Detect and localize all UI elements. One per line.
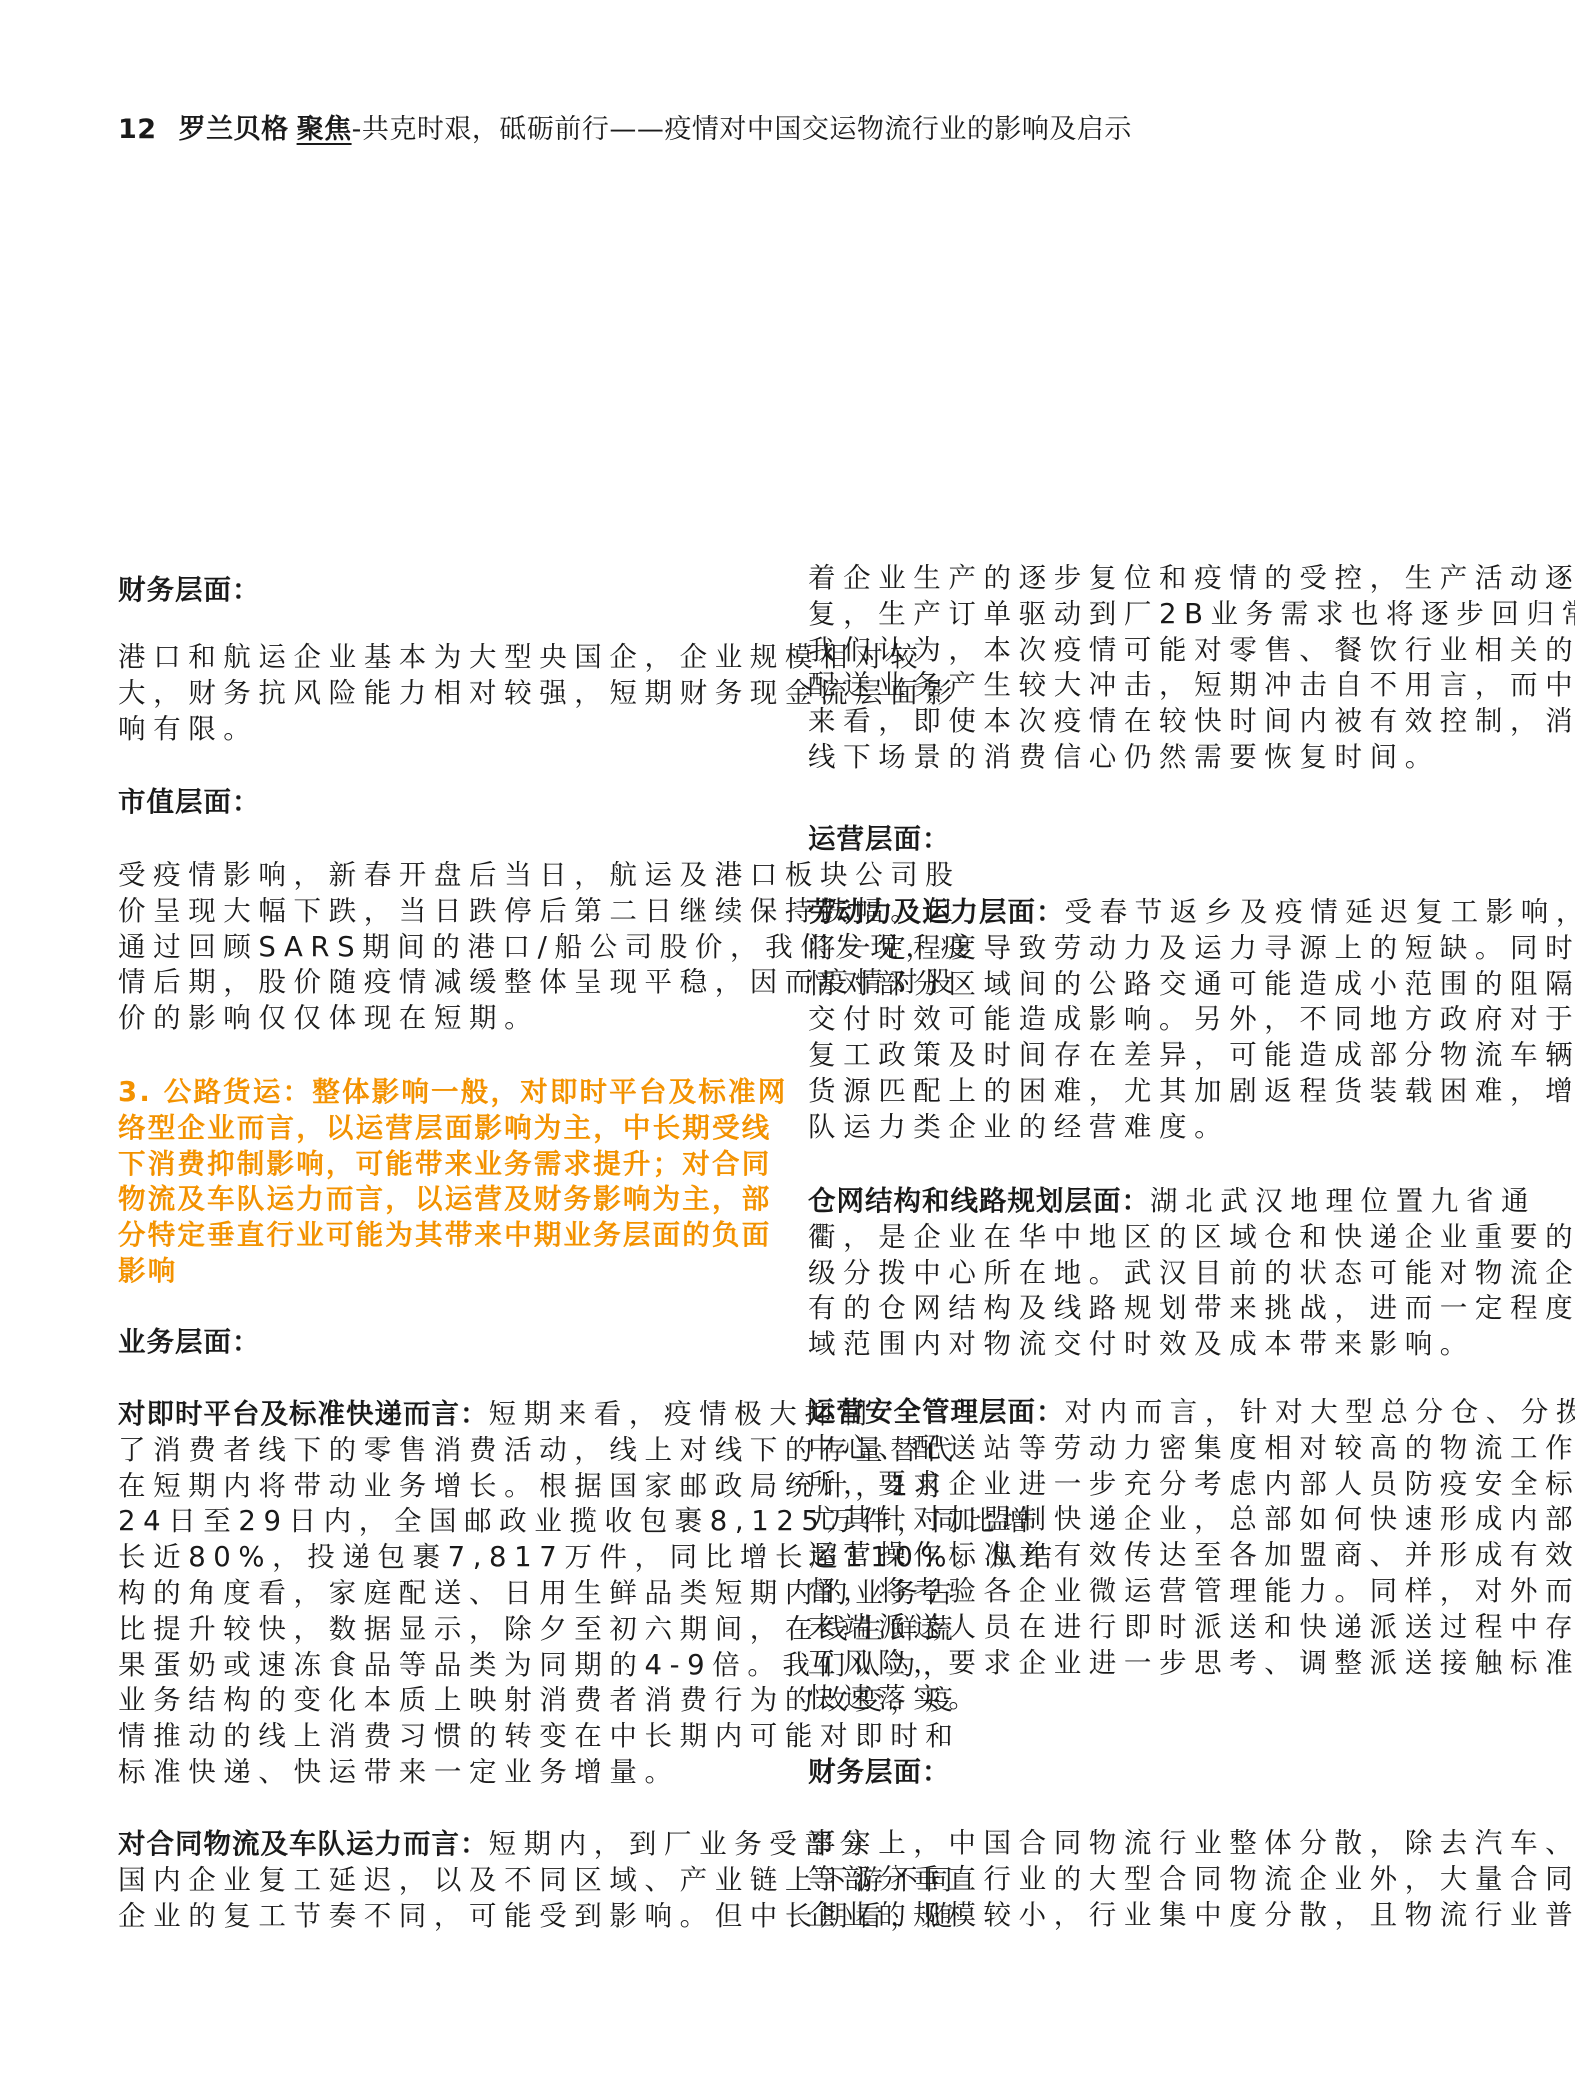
text-line: 3. 公路货运：整体影响一般，对即时平台及标准网 [118, 1075, 778, 1111]
text-line: 货源匹配上的困难，尤其加剧返程货装载困难，增加车 [808, 1074, 1468, 1110]
text-line: 来看，即使本次疫情在较快时间内被有效控制，消费者 [808, 704, 1468, 740]
text-line: 情后期，股价随疫情减缓整体呈现平稳，因而疫情对股 [118, 965, 778, 1001]
text-line: 在短期内将带动业务增长。根据国家邮政局统计，1月 [118, 1469, 778, 1505]
finance-paragraph-right: 事实上，中国合同物流行业整体分散，除去汽车、家电 等部分垂直行业的大型合同物流企… [808, 1826, 1468, 1933]
text-line: 事实上，中国合同物流行业整体分散，除去汽车、家电 [808, 1826, 1468, 1862]
contract-lead: 对合同物流及车队运力而言： [118, 1828, 489, 1860]
finance-heading-right: 财务层面： [808, 1755, 1468, 1791]
instant-lead: 对即时平台及标准快递而言： [118, 1398, 489, 1430]
text-line: 快速落实。 [808, 1681, 1468, 1717]
text-line: 通过回顾SARS期间的港口/船公司股价，我们发现，疫 [118, 930, 778, 966]
text-line: 物流及车队运力而言，以运营及财务影响为主，部 [118, 1182, 778, 1218]
text-line: 末端派送人员在进行即时派送和快递派送过程中存在交 [808, 1610, 1468, 1646]
series-name: 聚焦 [297, 114, 352, 145]
continued-paragraph: 着企业生产的逐步复位和疫情的受控，生产活动逐步恢 复，生产订单驱动到厂2B业务需… [808, 561, 1468, 776]
text-line: 着企业生产的逐步复位和疫情的受控，生产活动逐步恢 [808, 561, 1468, 597]
text-line: 大，财务抗风险能力相对较强，短期财务现金流层面影 [118, 676, 778, 712]
text-line: 业务结构的变化本质上映射消费者消费行为的改变，疫 [118, 1683, 778, 1719]
network-lead: 仓网结构和线路规划层面： [808, 1185, 1150, 1217]
text-line: 配送业务产生较大冲击，短期冲击自不用言，而中长期 [808, 668, 1468, 704]
text-line: 络型企业而言，以运营层面影响为主，中长期受线 [118, 1111, 778, 1147]
labor-lead: 劳动力及运力层面： [808, 896, 1065, 928]
text-line: 标准快递、快运带来一定业务增量。 [118, 1755, 778, 1791]
text-line: 我们认为，本次疫情可能对零售、餐饮行业相关的到店 [808, 633, 1468, 669]
labor-paragraph: 劳动力及运力层面：受春节返乡及疫情延迟复工影响， 将一定程度导致劳动力及运力寻源… [808, 895, 1468, 1146]
text-line: 复，生产订单驱动到厂2B业务需求也将逐步回归常态。 [808, 597, 1468, 633]
text-line: 有的仓网结构及线路规划带来挑战，进而一定程度在区 [808, 1291, 1468, 1327]
text-line: 下消费抑制影响，可能带来业务需求提升；对合同 [118, 1147, 778, 1183]
page-number: 12 [118, 114, 157, 145]
business-heading: 业务层面： [118, 1325, 778, 1361]
market-paragraph: 受疫情影响，新春开盘后当日，航运及港口板块公司股 价呈现大幅下跌，当日跌停后第二… [118, 858, 778, 1037]
text-line: 中心、配送站等劳动力密集度相对较高的物流工作场 [808, 1431, 1468, 1467]
text-line: 受疫情影响，新春开盘后当日，航运及港口板块公司股 [118, 858, 778, 894]
text-line: 运营安全管理层面：对内而言，针对大型总分仓、分拨 [808, 1395, 1468, 1431]
text-line: 国内企业复工延迟，以及不同区域、产业链上下游不同 [118, 1863, 778, 1899]
text-line: 所，要求企业进一步充分考虑内部人员防疫安全标准， [808, 1467, 1468, 1503]
text-line: 互风险，要求企业进一步思考、调整派送接触标准，并 [808, 1646, 1468, 1682]
text-line: 对合同物流及车队运力而言：短期内，到厂业务受部分 [118, 1827, 778, 1863]
text-line: 影响 [118, 1254, 778, 1290]
text-line: 企业的复工节奏不同，可能受到影响。但中长期看，随 [118, 1899, 778, 1935]
text-line: 复工政策及时间存在差异，可能造成部分物流车辆双向 [808, 1038, 1468, 1074]
text-line: 交付时效可能造成影响。另外，不同地方政府对于当地 [808, 1002, 1468, 1038]
market-heading: 市值层面： [118, 785, 778, 821]
text-line: 线下场景的消费信心仍然需要恢复时间。 [808, 740, 1468, 776]
text-line: 运营操作标准并有效传达至各加盟商、并形成有效监 [808, 1538, 1468, 1574]
text-line: 衢，是企业在华中地区的区域仓和快递企业重要的高能 [808, 1220, 1468, 1256]
text-line: 将一定程度导致劳动力及运力寻源上的短缺。同时，疫 [808, 931, 1468, 967]
finance-paragraph: 港口和航运企业基本为大型央国企，企业规模相对较 大，财务抗风险能力相对较强，短期… [118, 640, 778, 747]
text-line: 尤其针对加盟制快递企业，总部如何快速形成内部防疫 [808, 1502, 1468, 1538]
text-line: 企业的规模较小，行业集中度分散，且物流行业普遍拥 [808, 1898, 1468, 1934]
network-paragraph: 仓网结构和线路规划层面：湖北武汉地理位置九省通 衢，是企业在华中地区的区域仓和快… [808, 1184, 1468, 1363]
text-run: 对内而言，针对大型总分仓、分拨 [1065, 1396, 1575, 1428]
text-line: 24日至29日内，全国邮政业揽收包裹8,125万件，同比增 [118, 1504, 778, 1540]
text-line: 等部分垂直行业的大型合同物流企业外，大量合同物流 [808, 1862, 1468, 1898]
instant-paragraph: 对即时平台及标准快递而言：短期来看，疫情极大抑制 了消费者线下的零售消费活动，线… [118, 1397, 778, 1791]
text-line: 比提升较快，数据显示，除夕至初六期间，在线生鲜蔬 [118, 1612, 778, 1648]
text-line: 情推动的线上消费习惯的转变在中长期内可能对即时和 [118, 1719, 778, 1755]
finance-heading: 财务层面： [118, 573, 778, 609]
text-line: 果蛋奶或速冻食品等品类为同期的4-9倍。我们认为， [118, 1648, 778, 1684]
text-line: 域范围内对物流交付时效及成本带来影响。 [808, 1327, 1468, 1363]
text-line: 情对部分区域间的公路交通可能造成小范围的阻隔，对 [808, 967, 1468, 1003]
safety-lead: 运营安全管理层面： [808, 1396, 1065, 1428]
brand-name: 罗兰贝格 [179, 114, 289, 145]
text-line: 长近80%，投递包裹7,817万件，同比增长超110%。从结 [118, 1540, 778, 1576]
text-line: 价的影响仅仅体现在短期。 [118, 1001, 778, 1037]
text-line: 了消费者线下的零售消费活动，线上对线下的存量替代 [118, 1433, 778, 1469]
text-line: 构的角度看，家庭配送、日用生鲜品类短期内的业务占 [118, 1576, 778, 1612]
report-title: -共克时艰，砥砺前行——疫情对中国交运物流行业的影响及启示 [352, 114, 1132, 145]
text-line: 港口和航运企业基本为大型央国企，企业规模相对较 [118, 640, 778, 676]
text-run: 受春节返乡及疫情延迟复工影响， [1065, 896, 1575, 928]
text-line: 响有限。 [118, 712, 778, 748]
text-line: 督，将考验各企业微运营管理能力。同样，对外而言， [808, 1574, 1468, 1610]
text-line: 对即时平台及标准快递而言：短期来看，疫情极大抑制 [118, 1397, 778, 1433]
text-run: 湖北武汉地理位置九省通 [1150, 1185, 1536, 1217]
contract-paragraph: 对合同物流及车队运力而言：短期内，到厂业务受部分 国内企业复工延迟，以及不同区域… [118, 1827, 778, 1934]
text-line: 价呈现大幅下跌，当日跌停后第二日继续保持跌幅。但 [118, 894, 778, 930]
text-line: 级分拨中心所在地。武汉目前的状态可能对物流企业原 [808, 1256, 1468, 1292]
page-header: 12罗兰贝格聚焦-共克时艰，砥砺前行——疫情对中国交运物流行业的影响及启示 [118, 112, 1132, 148]
ops-heading: 运营层面： [808, 822, 1468, 858]
text-line: 劳动力及运力层面：受春节返乡及疫情延迟复工影响， [808, 895, 1468, 931]
section-heading-road-freight: 3. 公路货运：整体影响一般，对即时平台及标准网 络型企业而言，以运营层面影响为… [118, 1075, 778, 1290]
text-line: 分特定垂直行业可能为其带来中期业务层面的负面 [118, 1218, 778, 1254]
text-line: 队运力类企业的经营难度。 [808, 1110, 1468, 1146]
text-line: 仓网结构和线路规划层面：湖北武汉地理位置九省通 [808, 1184, 1468, 1220]
safety-paragraph: 运营安全管理层面：对内而言，针对大型总分仓、分拨 中心、配送站等劳动力密集度相对… [808, 1395, 1468, 1717]
